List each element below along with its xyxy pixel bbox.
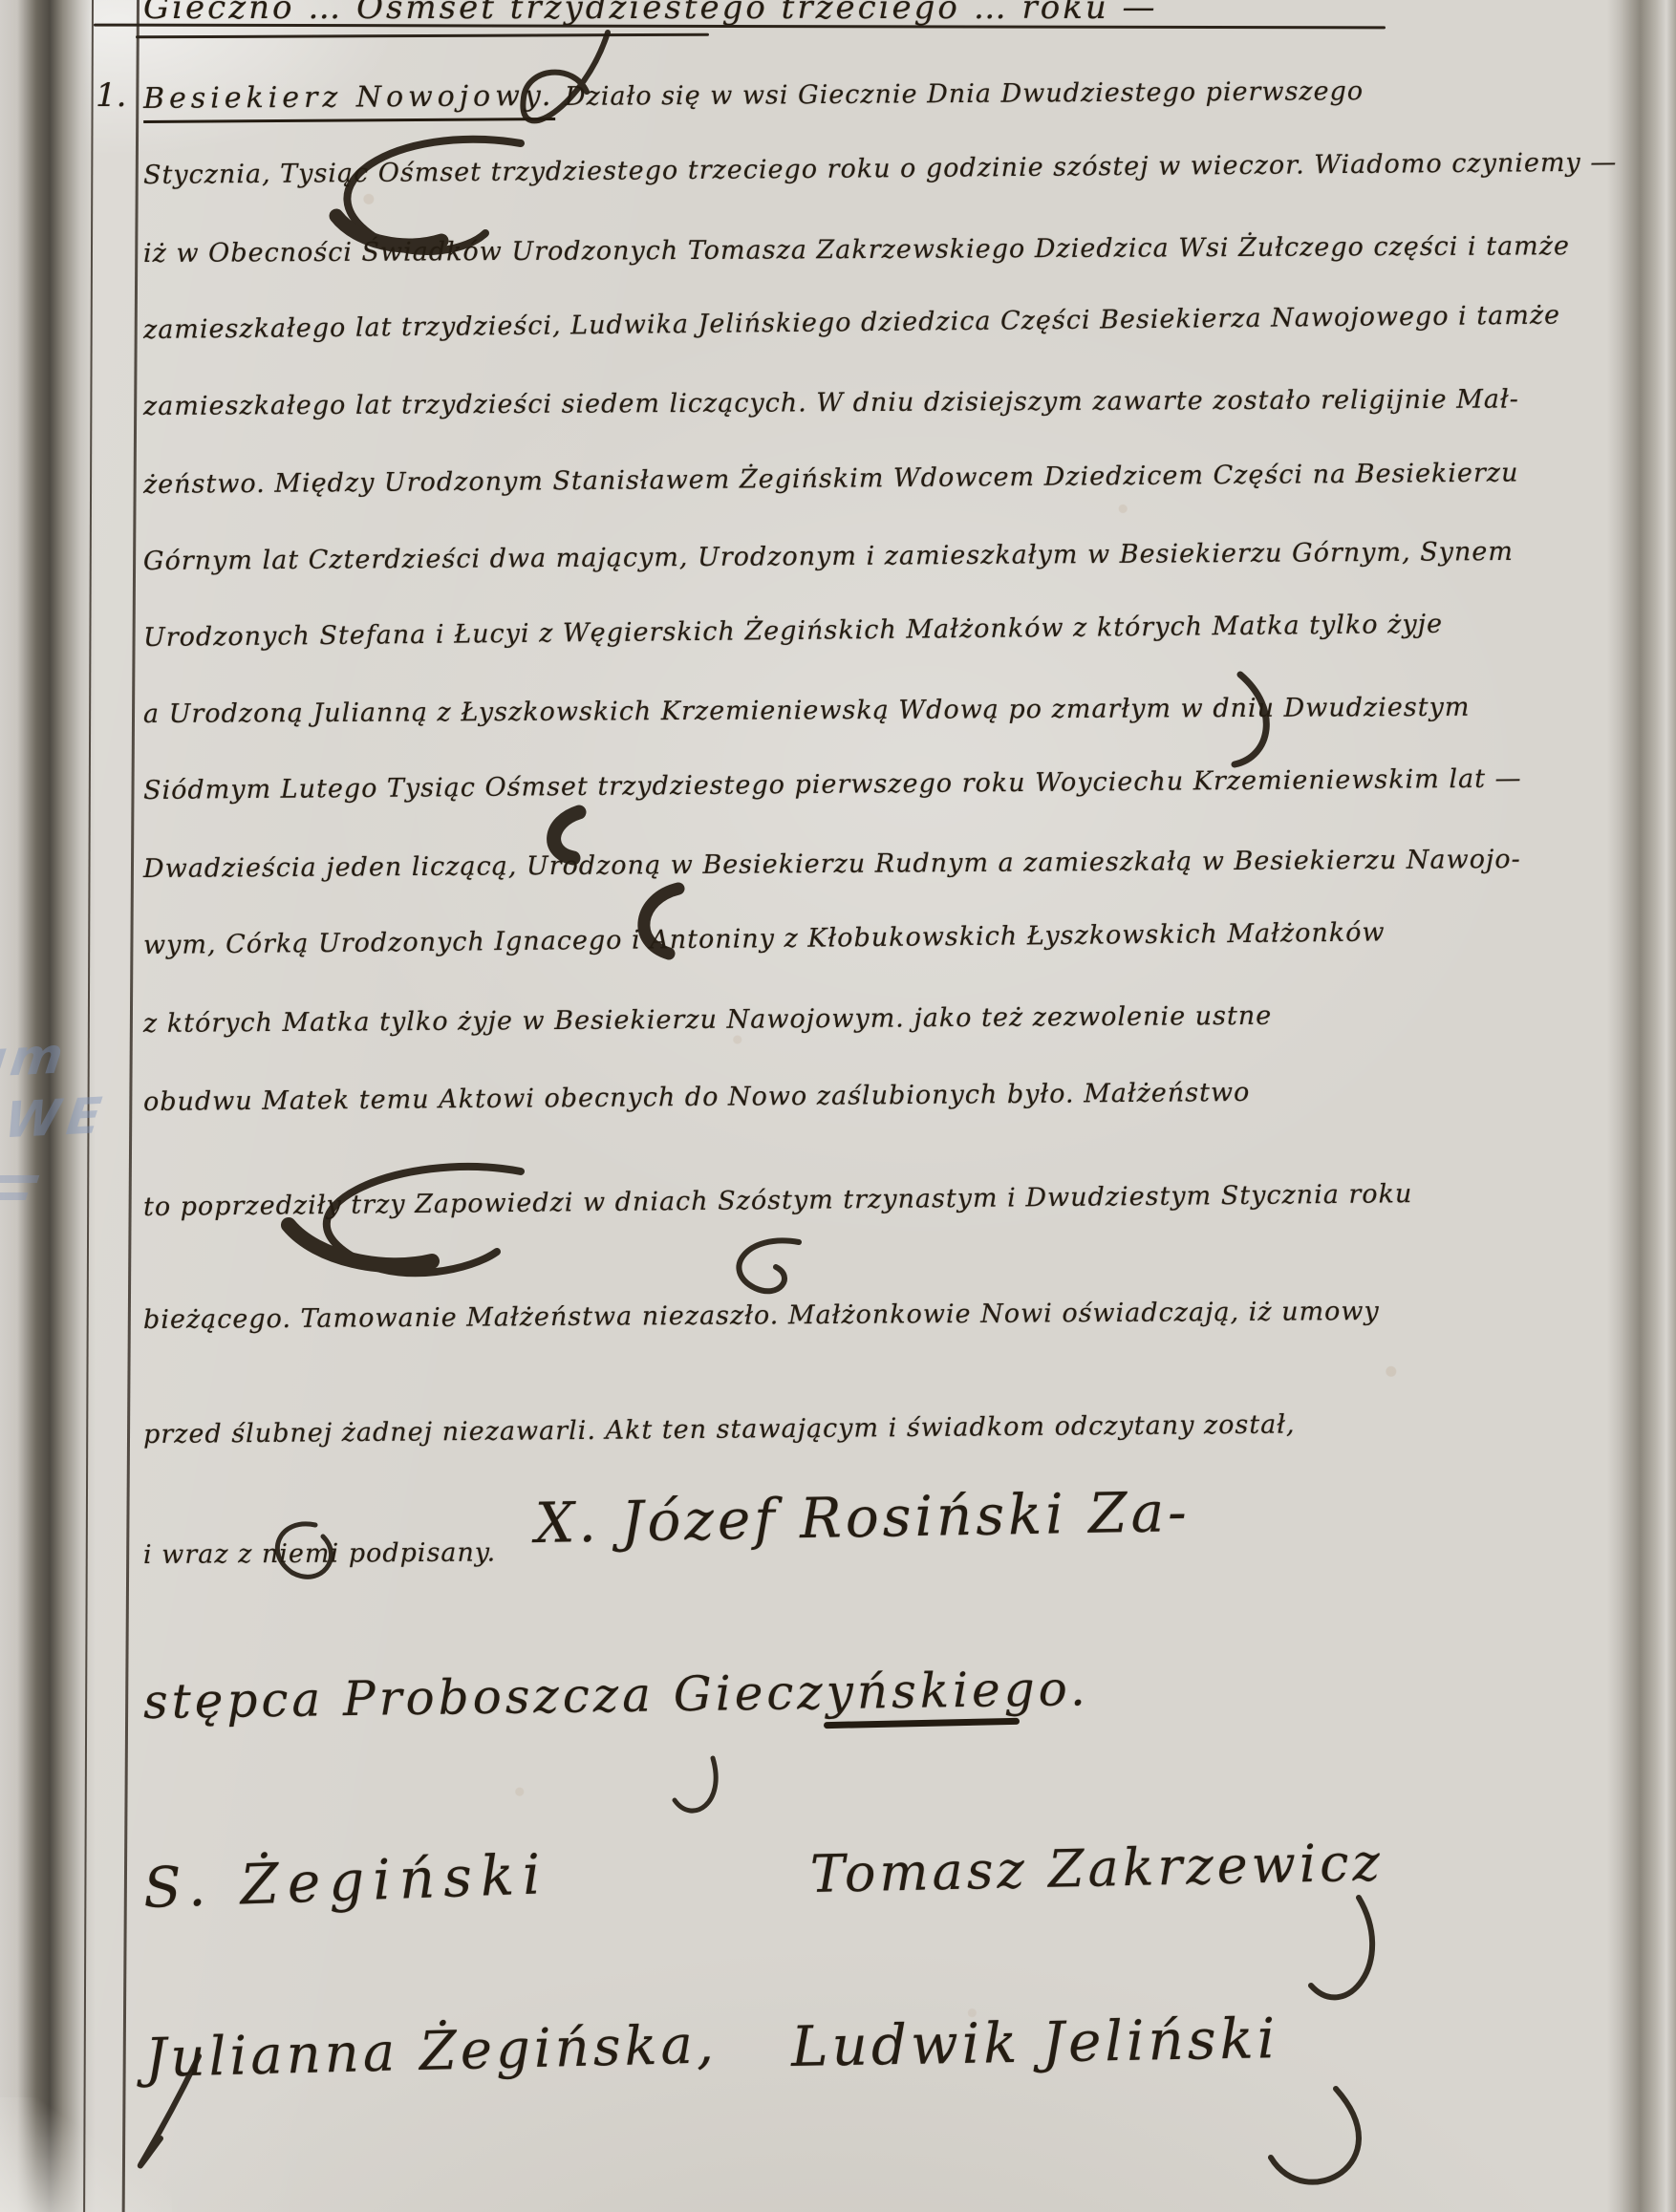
record-line-13: z których Matka tylko żyje w Besiekierzu…	[143, 1001, 1272, 1039]
record-line-18: i wraz z niemi podpisany.	[143, 1537, 496, 1570]
record-line-2: Stycznia, Tysiąc Ośmset trzydziestego tr…	[143, 148, 1618, 190]
record-line-1: Besiekierz Nowojowy. Działo się w wsi Gi…	[143, 74, 1364, 116]
witness-signature-right: Tomasz Zakrzewicz	[809, 1832, 1384, 1904]
spiral-flourish	[739, 1240, 799, 1291]
record-line-17: przed ślubnej żadnej niezawarli. Akt ten…	[143, 1409, 1296, 1450]
record-line-7: Górnym lat Czterdzieści dwa mającym, Uro…	[143, 537, 1514, 576]
record-line-8: Urodzonych Stefana i Łucyi z Węgierskich…	[143, 610, 1443, 653]
header-rule	[94, 24, 1386, 30]
margin-rule-inner	[122, 0, 140, 2212]
witness2-signature-tail	[1271, 2089, 1359, 2182]
record-line-4: zamieszkałego lat trzydzieści, Ludwika J…	[143, 300, 1560, 345]
page-edge-right	[1607, 0, 1676, 2212]
record-line-10: Siódmym Lutego Tysiąc Ośmset trzydzieste…	[143, 763, 1522, 805]
record-line-3: iż w Obecności Świadków Urodzonych Tomas…	[143, 231, 1570, 268]
scanned-register-page: Gieczno … Ośmset trzydziestego trzeciego…	[0, 0, 1676, 2212]
record-line-12: wym, Córką Urodzonych Ignacego i Antonin…	[143, 917, 1386, 960]
watermark-fragment-1: um	[0, 1027, 70, 1089]
page-corner-highlight	[0, 2097, 172, 2212]
page-header-title: Gieczno … Ośmset trzydziestego trzeciego…	[143, 0, 1158, 27]
record-line-15: to poprzedziły trzy Zapowiedzi w dniach …	[143, 1179, 1413, 1222]
clergy-signature: X. Józef Rosiński Za-	[534, 1479, 1191, 1556]
witness-signature-bottom-right: Ludwik Jeliński	[790, 2006, 1278, 2079]
watermark-stripe	[0, 1175, 39, 1183]
bride-signature: Julianna Żegińska,	[144, 2013, 718, 2090]
entry-number: 1.	[96, 76, 126, 115]
watermark-stripe	[0, 1192, 28, 1200]
signature-descender-1	[675, 1758, 716, 1811]
record-line-5: zamieszkałego lat trzydzieści siedem lic…	[143, 384, 1519, 421]
record-line-9: a Urodzoną Julianną z Łyszkowskich Krzem…	[143, 693, 1471, 729]
record-line-6: żeństwo. Między Urodzonym Stanisławem Że…	[143, 458, 1519, 500]
witness-signature-tail	[1311, 1898, 1372, 1997]
record-line-1-text: Działo się w wsi Giecznie Dnia Dwudziest…	[565, 76, 1364, 112]
record-line-11: Dwadzieścia jeden liczącą, Urodzoną w Be…	[143, 845, 1521, 884]
record-line-16: bieżącego. Tamowanie Małżeństwa niezaszł…	[143, 1297, 1380, 1335]
watermark-fragment-2: OWE	[0, 1087, 111, 1152]
entry-place-heading: Besiekierz Nowojowy.	[143, 79, 556, 123]
line2-crescent-flourish	[347, 140, 521, 251]
header-rule-second	[136, 33, 709, 39]
record-line-14: obudwu Matek temu Aktowi obecnych do Now…	[143, 1078, 1251, 1117]
groom-signature: S. Żegiński	[142, 1841, 550, 1921]
line15-crescent-thick	[289, 1225, 432, 1265]
